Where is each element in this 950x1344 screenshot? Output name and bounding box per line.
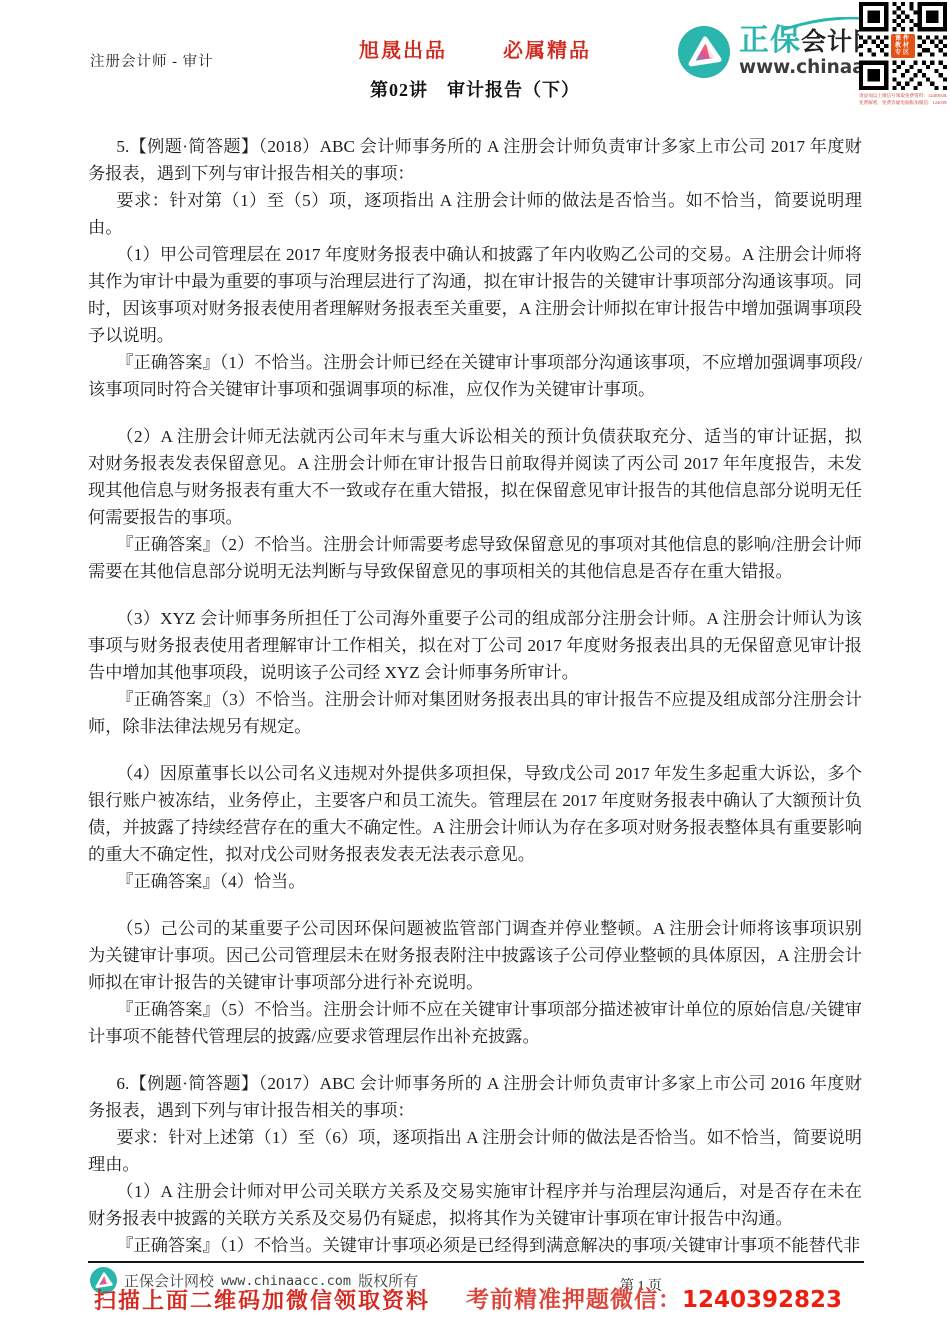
paragraph: 要求：针对第（1）至（5）项，逐项指出 A 注册会计师的做法是否恰当。如不恰当，…	[88, 187, 862, 241]
paragraph: （2）A 注册会计师无法就丙公司年末与重大诉讼相关的预计负债获取充分、适当的审计…	[88, 423, 862, 531]
wechat-label: 考前精准押题微信：	[466, 1287, 682, 1312]
qr-center-row: 专区	[895, 50, 911, 57]
qr-center-row: 课件	[895, 36, 911, 43]
paragraph: 『正确答案』（1）不恰当。注册会计师已经在关键审计事项部分沟通该事项，不应增加强…	[88, 349, 862, 403]
paragraph: 『正确答案』（1）不恰当。关键审计事项必须是已经得到满意解决的事项/关键审计事项…	[88, 1232, 862, 1259]
paragraph: 『正确答案』（5）不恰当。注册会计师不应在关键审计事项部分描述被审计单位的原始信…	[88, 996, 862, 1050]
paragraph: 要求：针对上述第（1）至（6）项，逐项指出 A 注册会计师的做法是否恰当。如不恰…	[88, 1124, 862, 1178]
lecture-title: 第02讲 审计报告（下）	[0, 76, 950, 102]
paragraph: （4）因原董事长以公司名义违规对外提供多项担保，导致戊公司 2017 年发生多起…	[88, 760, 862, 868]
brand-logo-icon	[678, 26, 730, 78]
slogan-left: 旭晟出品	[359, 40, 447, 62]
wechat-number: 1240392823	[682, 1287, 842, 1313]
paragraph: （1）甲公司管理层在 2017 年度财务报表中确认和披露了年内收购乙公司的交易。…	[88, 241, 862, 349]
qr-center-row: 教材	[895, 43, 911, 50]
paragraph: 6.【例题·简答题】（2017）ABC 会计师事务所的 A 注册会计师负责审计多…	[88, 1070, 862, 1124]
footer-wechat: 考前精准押题微信：1240392823	[466, 1281, 842, 1314]
qr-center-badge: 课件 教材 专区	[890, 33, 916, 59]
paragraph: 『正确答案』（2）不恰当。注册会计师需要考虑导致保留意见的事项对其他信息的影响/…	[88, 531, 862, 585]
paragraph: （3）XYZ 会计师事务所担任丁公司海外重要子公司的组成部分注册会计师。A 注册…	[88, 605, 862, 686]
page-footer: 正保会计网校 www.chinaacc.com 版权所有 扫描上面二维码加微信领…	[88, 1261, 864, 1263]
paragraph: 5.【例题·简答题】（2018）ABC 会计师事务所的 A 注册会计师负责审计多…	[88, 133, 862, 187]
paragraph: 『正确答案』（3）不恰当。注册会计师对集团财务报表出具的审计报告不应提及组成部分…	[88, 686, 862, 740]
document-body: 5.【例题·简答题】（2018）ABC 会计师事务所的 A 注册会计师负责审计多…	[88, 133, 862, 1259]
footer-divider	[88, 1261, 864, 1263]
paragraph: （1）A 注册会计师对甲公司关联方关系及交易实施审计程序并与治理层沟通后，对是否…	[88, 1178, 862, 1232]
paragraph: 『正确答案』（4）恰当。	[88, 868, 862, 895]
document-page: 注册会计师 - 审计 旭晟出品必属精品 正保 会计网校	[0, 0, 950, 1344]
paragraph: （5）己公司的某重要子公司因环保问题被监管部门调查并停业整顿。A 注册会计师将该…	[88, 915, 862, 996]
footer-scan-tip: 扫描上面二维码加微信领取资料	[94, 1284, 430, 1315]
slogan-right: 必属精品	[503, 40, 591, 62]
